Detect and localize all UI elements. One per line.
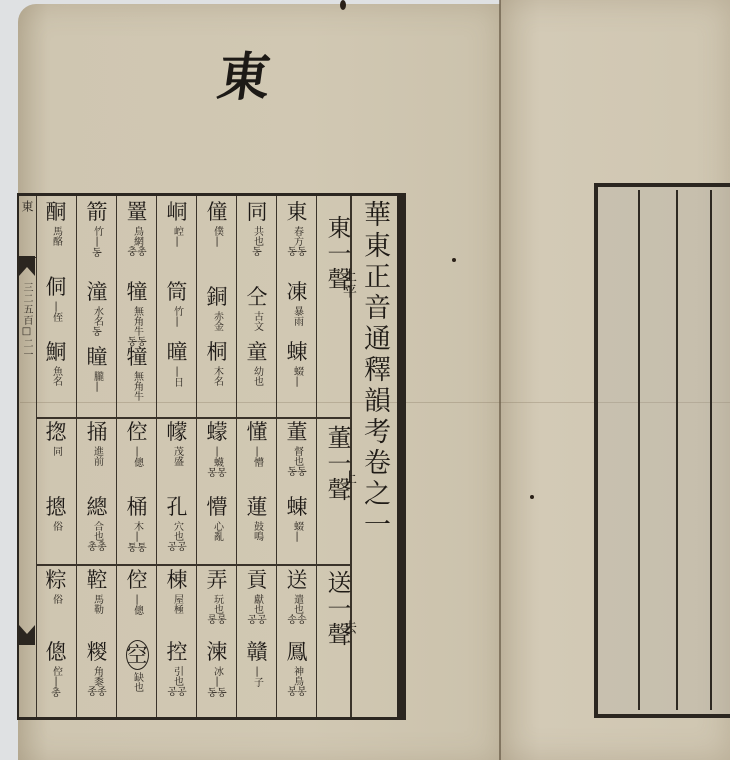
dict-entry: 犝 無角牛 동동	[118, 280, 156, 348]
dict-entry: 峒 崆|	[158, 200, 196, 247]
ink-stain	[340, 0, 346, 10]
heading-character: 東	[214, 52, 273, 104]
dict-entry: 蠓 |蠛 몽몽	[198, 420, 236, 479]
dict-entry: 空 缺也	[118, 640, 156, 692]
column-rule	[316, 196, 317, 717]
dict-entry: 幪 茂盛	[158, 420, 196, 466]
tone-label-qu: 去	[339, 620, 359, 636]
dict-entry: 董 督也 동동	[278, 420, 316, 478]
dict-entry: 粽 俗	[37, 568, 75, 604]
column-rule	[276, 196, 277, 717]
dict-entry: 同 共也 동	[238, 200, 276, 258]
dict-entry: 犝 無角牛	[118, 345, 156, 401]
section-divider	[36, 417, 352, 419]
ink-stain	[452, 258, 456, 262]
dict-entry: 桶 木| 통통	[118, 495, 156, 554]
column-rule	[236, 196, 237, 717]
dict-entry: 懂 |懵	[238, 420, 276, 467]
column-rule	[638, 190, 640, 710]
dict-entry: 鳳 神鳥 봉봉	[278, 640, 316, 698]
margin-page-label: 三二五百□二一	[19, 282, 34, 360]
column-rule	[76, 196, 77, 717]
dict-entry: 鞚 馬勒	[78, 568, 116, 614]
dict-entry: 蓮 鼓鳴	[238, 495, 276, 541]
column-rule	[710, 190, 712, 710]
book-title: 華東正音通釋韻考卷之一	[355, 200, 394, 541]
frame-border-right	[397, 193, 406, 720]
dict-entry: 童 幼也	[238, 340, 276, 386]
margin-top-char: 東	[19, 200, 36, 212]
dict-entry: 捅 進前	[78, 420, 116, 466]
dict-entry: 控 引也 공공	[158, 640, 196, 698]
dict-entry: 棟 屋極	[158, 568, 196, 614]
dict-entry: 凍 暴雨	[278, 280, 316, 326]
dict-entry: 贛 |子	[238, 640, 276, 687]
dict-entry: 送 遣也 송송	[278, 568, 316, 626]
dict-entry: 銅 赤金	[198, 285, 236, 331]
column-rule	[676, 190, 678, 710]
dict-entry: 筒 竹|	[158, 280, 196, 327]
dict-entry: 揔 同	[37, 420, 75, 456]
dict-entry: 鮦 魚名	[37, 340, 75, 386]
dict-entry: 潼 水名 동	[78, 280, 116, 338]
dict-entry: 侗 |侄	[37, 275, 75, 322]
rhyme-head-shang: 董一聲	[320, 425, 355, 503]
dict-entry: 倥 |傯	[118, 568, 156, 615]
dict-entry: 僮 僕|	[198, 200, 236, 247]
dict-entry: 懵 心亂	[198, 495, 236, 541]
dict-entry: 罿 鳥網 충총	[118, 200, 156, 258]
dict-entry: 糉 角黍 종종	[78, 640, 116, 698]
section-divider	[36, 564, 352, 566]
tone-label-shang: 上	[339, 470, 359, 486]
dict-entry: 酮 馬酪	[37, 200, 75, 246]
dict-entry: 倥 |傯	[118, 420, 156, 467]
column-rule	[116, 196, 117, 717]
ink-stain	[530, 495, 534, 499]
dict-entry: 孔 穴也 공공	[158, 495, 196, 553]
dict-entry: 桐 木名	[198, 340, 236, 386]
dict-entry: 總 合也 총총	[78, 495, 116, 553]
dict-entry: 瞳 朧|	[78, 345, 116, 392]
dict-entry: 摠 俗	[37, 495, 75, 531]
dict-entry: 弄 玩也 롱롱	[198, 568, 236, 626]
dict-entry: 湅 冰| 동동	[198, 640, 236, 699]
column-rule	[196, 196, 197, 717]
dict-entry: 箭 竹| 동	[78, 200, 116, 259]
column-rule	[156, 196, 157, 717]
dict-entry: 仝 古文	[238, 285, 276, 331]
dict-entry: 東 春方 동동	[278, 200, 316, 258]
tone-label-ping: 上平	[339, 268, 359, 300]
dict-entry: 貢 獻也 공공	[238, 568, 276, 626]
book-spine	[499, 0, 501, 760]
dict-entry: 蝀 蝃|	[278, 495, 316, 542]
dict-entry: 傯 倥| 총	[37, 640, 75, 699]
dict-entry: 蝀 蝃|	[278, 340, 316, 387]
rhyme-head-qu: 送一聲	[320, 570, 355, 648]
dict-entry: 曈 |日	[158, 340, 196, 387]
